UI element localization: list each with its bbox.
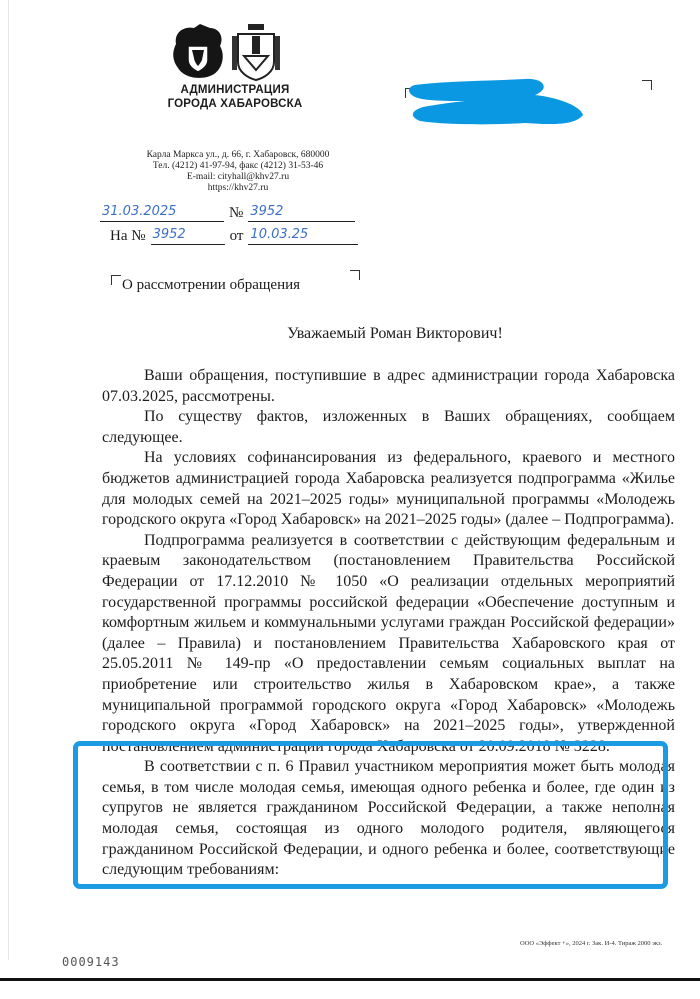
subject-corner-mark-right — [350, 270, 360, 280]
from-label: от — [225, 227, 249, 245]
page-bottom-border — [0, 978, 700, 981]
recipient-corner-mark-right — [642, 80, 652, 90]
page-edge — [8, 0, 9, 960]
reply-to-date: 10.03.25 — [248, 226, 358, 245]
outgoing-registration: 31.03.2025 № 3952 — [100, 203, 355, 222]
paragraph-2: По существу фактов, изложенных в Ваших о… — [102, 407, 675, 448]
paragraph-1: Ваши обращения, поступившие в адрес адми… — [102, 366, 675, 407]
organization-name: АДМИНИСТРАЦИЯ ГОРОДА ХАБАРОВСКА — [160, 83, 310, 111]
city-coat-of-arms-icon — [170, 22, 226, 80]
region-coat-of-arms-icon — [232, 22, 280, 82]
phone-fax: Тел. (4212) 41-97-94, факс (4212) 31-53-… — [118, 161, 358, 172]
website: https://khv27.ru — [118, 183, 358, 194]
printer-info: ООО «Эффект +», 2024 г. Зак. И-4. Тираж … — [520, 940, 662, 947]
reply-to-number: 3952 — [151, 226, 225, 245]
subject-line: О рассмотрении обращения — [122, 277, 300, 294]
salutation: Уважаемый Роман Викторович! — [0, 325, 700, 343]
serial-number: 0009143 — [62, 955, 120, 969]
outgoing-number: 3952 — [248, 203, 355, 222]
outgoing-date: 31.03.2025 — [100, 203, 224, 222]
email: E-mail: cityhall@khv27.ru — [118, 172, 358, 183]
highlight-box — [73, 741, 668, 889]
subject-corner-mark-left — [111, 275, 121, 285]
recipient-redaction — [405, 75, 605, 125]
paragraph-4: Подпрограмма реализуется в соответствии … — [102, 531, 675, 758]
org-name-line2: ГОРОДА ХАБАРОВСКА — [160, 97, 310, 111]
reply-to-label: На № — [110, 227, 151, 245]
number-label: № — [224, 204, 248, 222]
paragraph-3: На условиях софинансирования из федераль… — [102, 448, 675, 530]
letterhead-emblems — [170, 22, 305, 82]
org-name-line1: АДМИНИСТРАЦИЯ — [160, 83, 310, 97]
address: Карла Маркса ул., д. 66, г. Хабаровск, 6… — [118, 150, 358, 161]
contact-block: Карла Маркса ул., д. 66, г. Хабаровск, 6… — [118, 150, 358, 194]
incoming-registration: На № 3952 от 10.03.25 — [110, 226, 358, 245]
